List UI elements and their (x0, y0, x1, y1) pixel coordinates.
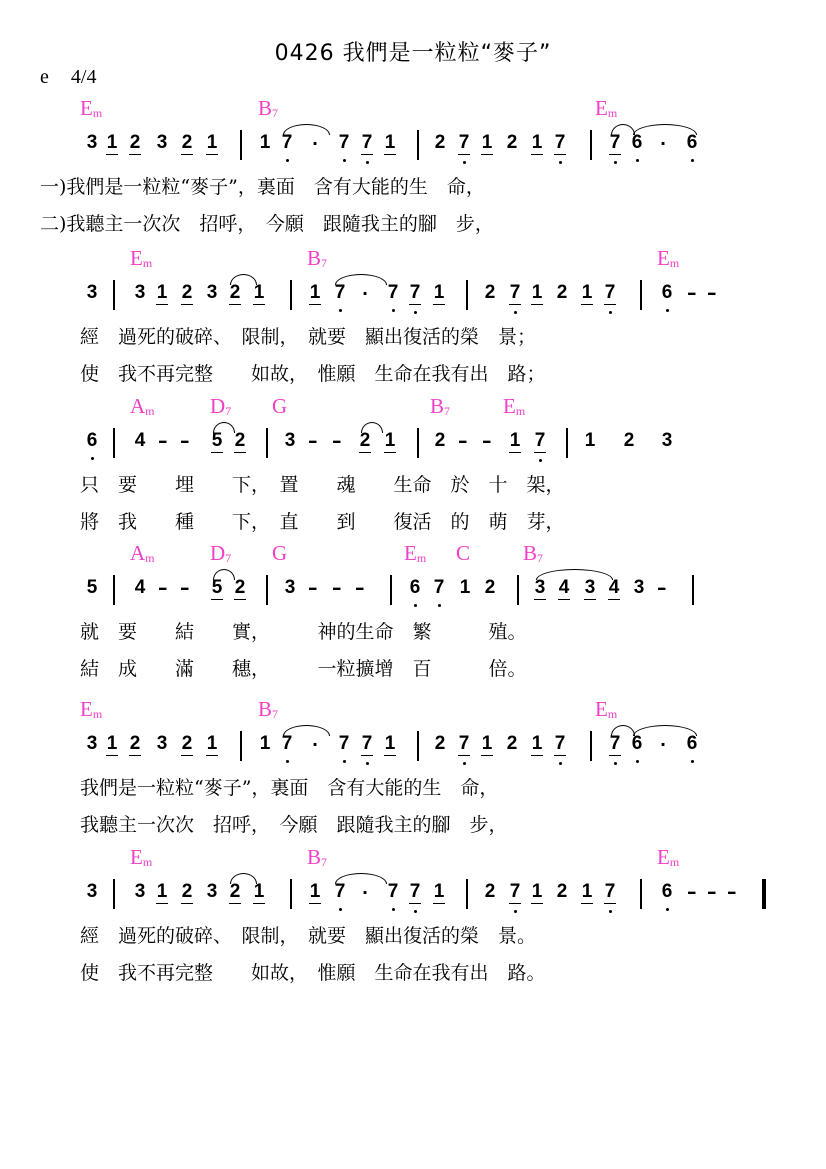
bar-line (566, 428, 568, 458)
tie-slur (335, 873, 387, 884)
chord-symbol: B7 (523, 541, 543, 566)
bar-line (390, 575, 392, 605)
chord-symbol: D7 (210, 541, 231, 566)
sustain-dash: – (180, 577, 190, 599)
bar-line (590, 731, 592, 761)
note: 1 (480, 132, 494, 154)
sustain-dash: – (687, 282, 697, 304)
lyric-line: 使 我不再完整 如故， 惟願 生命在我有出 路。 (80, 958, 546, 985)
chord-symbol: Em (80, 697, 102, 722)
note: 3 (155, 132, 169, 154)
note: 1 (530, 733, 544, 755)
bar-line (417, 428, 419, 458)
note: 3 (85, 282, 99, 304)
note: 4 (557, 577, 571, 599)
tie-slur (361, 422, 383, 433)
note: 3 (660, 430, 674, 452)
chord-symbol: C (456, 541, 470, 566)
note: 2 (128, 733, 142, 755)
note: 1 (205, 132, 219, 154)
note: 1 (530, 881, 544, 903)
note: 1 (580, 282, 594, 304)
sustain-dash: – (657, 577, 667, 599)
bar-line (417, 130, 419, 160)
note: 1 (508, 430, 522, 452)
tie-slur (283, 124, 330, 135)
lyric-line: 經 過死的破碎、 限制， 就要 顯出復活的榮 景； (80, 322, 536, 349)
bar-line (640, 879, 642, 909)
note: 1 (383, 430, 397, 452)
note: 7 (386, 881, 400, 903)
note: 7 (553, 132, 567, 154)
lyric-line: 經 過死的破碎、 限制， 就要 顯出復活的榮 景。 (80, 921, 536, 948)
note: 3 (533, 577, 547, 599)
tie-slur (611, 124, 635, 135)
tie-slur (283, 725, 330, 736)
note: 1 (252, 282, 266, 304)
dotted-note-dot: · (362, 284, 368, 303)
sustain-dash: – (707, 881, 717, 903)
note: 2 (555, 881, 569, 903)
note: 2 (180, 282, 194, 304)
note: 7 (360, 132, 374, 154)
tie-slur (611, 725, 635, 736)
note: 7 (608, 733, 622, 755)
dotted-note-dot: · (312, 735, 318, 754)
note: 7 (432, 577, 446, 599)
note: 3 (85, 733, 99, 755)
note: 2 (483, 577, 497, 599)
note: 5 (210, 577, 224, 599)
note: 7 (608, 132, 622, 154)
bar-line (240, 130, 242, 160)
key-signature: e4/4 (40, 66, 118, 89)
bar-line (417, 731, 419, 761)
tie-slur (633, 124, 697, 135)
note: 3 (85, 132, 99, 154)
lyric-line: 使 我不再完整 如故， 惟願 生命在我有出 路； (80, 359, 546, 386)
note: 1 (155, 881, 169, 903)
key-name: e (40, 66, 49, 88)
chord-symbol: Em (657, 845, 679, 870)
note: 2 (180, 881, 194, 903)
tie-slur (213, 422, 235, 433)
chord-symbol: Am (130, 394, 155, 419)
note: 1 (458, 577, 472, 599)
chord-symbol: B7 (258, 697, 278, 722)
chord-symbol: B7 (258, 96, 278, 121)
note: 7 (457, 733, 471, 755)
lyric-line: 將 我 種 下， 直 到 復活 的 萌 芽， (80, 507, 565, 534)
tie-slur (633, 725, 697, 736)
note: 7 (508, 282, 522, 304)
note: 1 (583, 430, 597, 452)
note: 5 (210, 430, 224, 452)
bar-line (290, 879, 292, 909)
note: 3 (133, 881, 147, 903)
note: 1 (308, 881, 322, 903)
bar-line (290, 280, 292, 310)
note: 2 (233, 430, 247, 452)
bar-line (266, 575, 268, 605)
note: 2 (180, 733, 194, 755)
note: 1 (308, 282, 322, 304)
note: 2 (483, 881, 497, 903)
note: 1 (530, 132, 544, 154)
sustain-dash: – (458, 430, 468, 452)
note: 7 (360, 733, 374, 755)
note: 4 (133, 577, 147, 599)
note: 7 (508, 881, 522, 903)
lyric-line: 結 成 滿 穗， 一粒擴增 百 倍。 (80, 654, 527, 681)
note: 7 (280, 132, 294, 154)
note: 7 (457, 132, 471, 154)
bar-line (113, 879, 115, 909)
note: 2 (433, 430, 447, 452)
chord-symbol: Em (595, 96, 617, 121)
chord-symbol: Em (130, 246, 152, 271)
note: 2 (233, 577, 247, 599)
note: 1 (252, 881, 266, 903)
chord-symbol: D7 (210, 394, 231, 419)
tie-slur (230, 873, 257, 884)
note: 2 (555, 282, 569, 304)
chord-symbol: B7 (430, 394, 450, 419)
note: 2 (483, 282, 497, 304)
note: 1 (155, 282, 169, 304)
note: 6 (685, 733, 699, 755)
note: 7 (408, 282, 422, 304)
sustain-dash: – (482, 430, 492, 452)
note: 1 (105, 132, 119, 154)
chord-symbol: G (272, 541, 287, 566)
note: 2 (505, 733, 519, 755)
note: 2 (228, 282, 242, 304)
note: 1 (205, 733, 219, 755)
sustain-dash: – (687, 881, 697, 903)
note: 4 (133, 430, 147, 452)
note: 2 (433, 733, 447, 755)
bar-line (113, 575, 115, 605)
sustain-dash: – (180, 430, 190, 452)
note: 6 (660, 881, 674, 903)
note: 2 (433, 132, 447, 154)
note: 7 (386, 282, 400, 304)
sustain-dash: – (332, 577, 342, 599)
lyric-line: 只 要 埋 下， 置 魂 生命 於 十 架， (80, 470, 565, 497)
note: 1 (432, 282, 446, 304)
note: 6 (85, 430, 99, 452)
note: 3 (283, 577, 297, 599)
note: 3 (85, 881, 99, 903)
sustain-dash: – (308, 577, 318, 599)
bar-line (466, 280, 468, 310)
lyric-line: 二)我聽主一次次 招呼， 今願 跟隨我主的腳 步， (40, 209, 494, 236)
sustain-dash: – (158, 577, 168, 599)
note: 2 (505, 132, 519, 154)
tie-slur (213, 569, 235, 580)
bar-line (692, 575, 694, 605)
chord-symbol: Em (657, 246, 679, 271)
note: 6 (408, 577, 422, 599)
lyric-line: 就 要 結 實， 神的生命 繁 殖。 (80, 617, 527, 644)
bar-line (517, 575, 519, 605)
note: 1 (105, 733, 119, 755)
note: 1 (383, 733, 397, 755)
note: 3 (133, 282, 147, 304)
note: 2 (180, 132, 194, 154)
dotted-note-dot: · (312, 134, 318, 153)
chord-symbol: Em (503, 394, 525, 419)
note: 4 (607, 577, 621, 599)
bar-line (466, 879, 468, 909)
tie-slur (536, 569, 613, 580)
note: 7 (280, 733, 294, 755)
note: 3 (205, 282, 219, 304)
bar-line (266, 428, 268, 458)
note: 7 (408, 881, 422, 903)
note: 3 (632, 577, 646, 599)
bar-line (113, 280, 115, 310)
note: 7 (337, 132, 351, 154)
chord-symbol: Am (130, 541, 155, 566)
note: 3 (205, 881, 219, 903)
song-title: 0426 我們是一粒粒“麥子” (0, 36, 826, 67)
sustain-dash: – (332, 430, 342, 452)
sustain-dash: – (355, 577, 365, 599)
note: 6 (660, 282, 674, 304)
chord-symbol: Em (130, 845, 152, 870)
sustain-dash: – (727, 881, 737, 903)
bar-line (590, 130, 592, 160)
note: 7 (333, 881, 347, 903)
note: 3 (283, 430, 297, 452)
bar-line (113, 428, 115, 458)
note: 7 (603, 282, 617, 304)
chord-symbol: B7 (307, 246, 327, 271)
dotted-note-dot: · (660, 735, 666, 754)
note: 6 (685, 132, 699, 154)
note: 7 (333, 282, 347, 304)
note: 1 (258, 733, 272, 755)
note: 7 (553, 733, 567, 755)
bar-line (640, 280, 642, 310)
note: 6 (630, 132, 644, 154)
note: 1 (530, 282, 544, 304)
note: 1 (432, 881, 446, 903)
note: 1 (258, 132, 272, 154)
note: 1 (480, 733, 494, 755)
note: 1 (580, 881, 594, 903)
sustain-dash: – (707, 282, 717, 304)
note: 7 (533, 430, 547, 452)
bar-line (240, 731, 242, 761)
note: 7 (603, 881, 617, 903)
note: 6 (630, 733, 644, 755)
note: 2 (128, 132, 142, 154)
chord-symbol: Em (404, 541, 426, 566)
note: 2 (622, 430, 636, 452)
note: 2 (358, 430, 372, 452)
chord-symbol: G (272, 394, 287, 419)
note: 2 (228, 881, 242, 903)
bar-line (762, 879, 766, 909)
note: 3 (583, 577, 597, 599)
dotted-note-dot: · (660, 134, 666, 153)
note: 1 (383, 132, 397, 154)
note: 7 (337, 733, 351, 755)
lyric-line: 我聽主一次次 招呼， 今願 跟隨我主的腳 步， (80, 810, 508, 837)
time-signature: 4/4 (71, 66, 97, 88)
sustain-dash: – (308, 430, 318, 452)
sustain-dash: – (158, 430, 168, 452)
chord-symbol: Em (80, 96, 102, 121)
dotted-note-dot: · (362, 883, 368, 902)
note: 5 (85, 577, 99, 599)
tie-slur (335, 274, 387, 285)
note: 3 (155, 733, 169, 755)
lyric-line: 一)我們是一粒粒“麥子”，裏面 含有大能的生 命， (40, 172, 485, 199)
tie-slur (230, 274, 257, 285)
chord-symbol: Em (595, 697, 617, 722)
lyric-line: 我們是一粒粒“麥子”，裏面 含有大能的生 命， (80, 773, 498, 800)
chord-symbol: B7 (307, 845, 327, 870)
